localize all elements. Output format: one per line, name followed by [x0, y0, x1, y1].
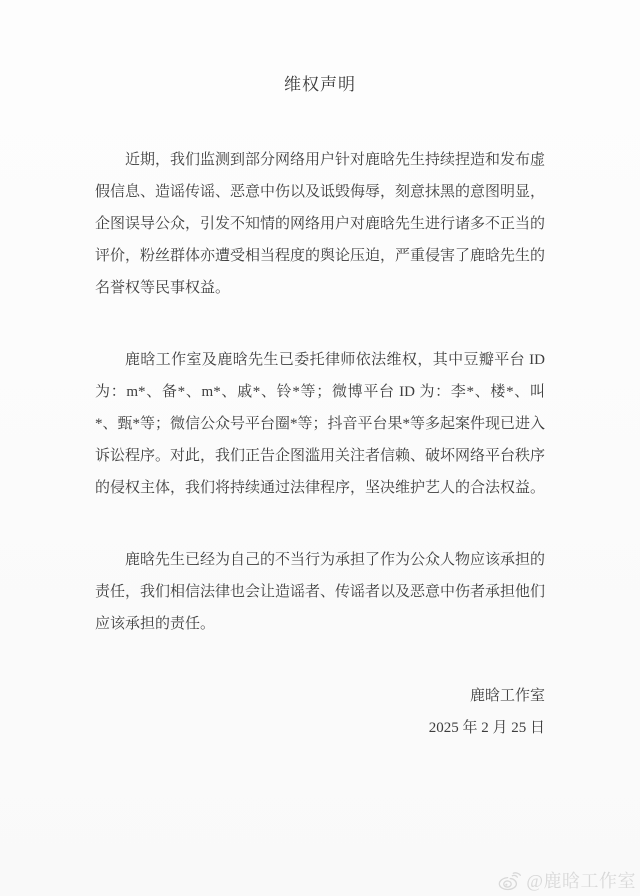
weibo-watermark: @鹿晗工作室	[498, 870, 636, 892]
statement-paragraph-3: 鹿晗先生已经为自己的不当行为承担了作为公众人物应该承担的责任，我们相信法律也会让…	[95, 544, 545, 640]
signature-block: 鹿晗工作室 2025 年 2 月 25 日	[95, 680, 545, 744]
signature-date: 2025 年 2 月 25 日	[95, 712, 545, 744]
statement-paragraph-2: 鹿晗工作室及鹿晗先生已委托律师依法维权，其中豆瓣平台 ID 为：m*、备*、m*…	[95, 344, 545, 504]
weibo-icon	[498, 872, 522, 891]
statement-paragraph-1: 近期，我们监测到部分网络用户针对鹿晗先生持续捏造和发布虚假信息、造谣传谣、恶意中…	[95, 144, 545, 304]
signature-name: 鹿晗工作室	[95, 680, 545, 712]
statement-title: 维权声明	[95, 72, 545, 98]
statement-page: 维权声明 近期，我们监测到部分网络用户针对鹿晗先生持续捏造和发布虚假信息、造谣传…	[0, 0, 640, 896]
statement-document: 维权声明 近期，我们监测到部分网络用户针对鹿晗先生持续捏造和发布虚假信息、造谣传…	[95, 72, 545, 744]
watermark-label: @鹿晗工作室	[526, 870, 636, 892]
